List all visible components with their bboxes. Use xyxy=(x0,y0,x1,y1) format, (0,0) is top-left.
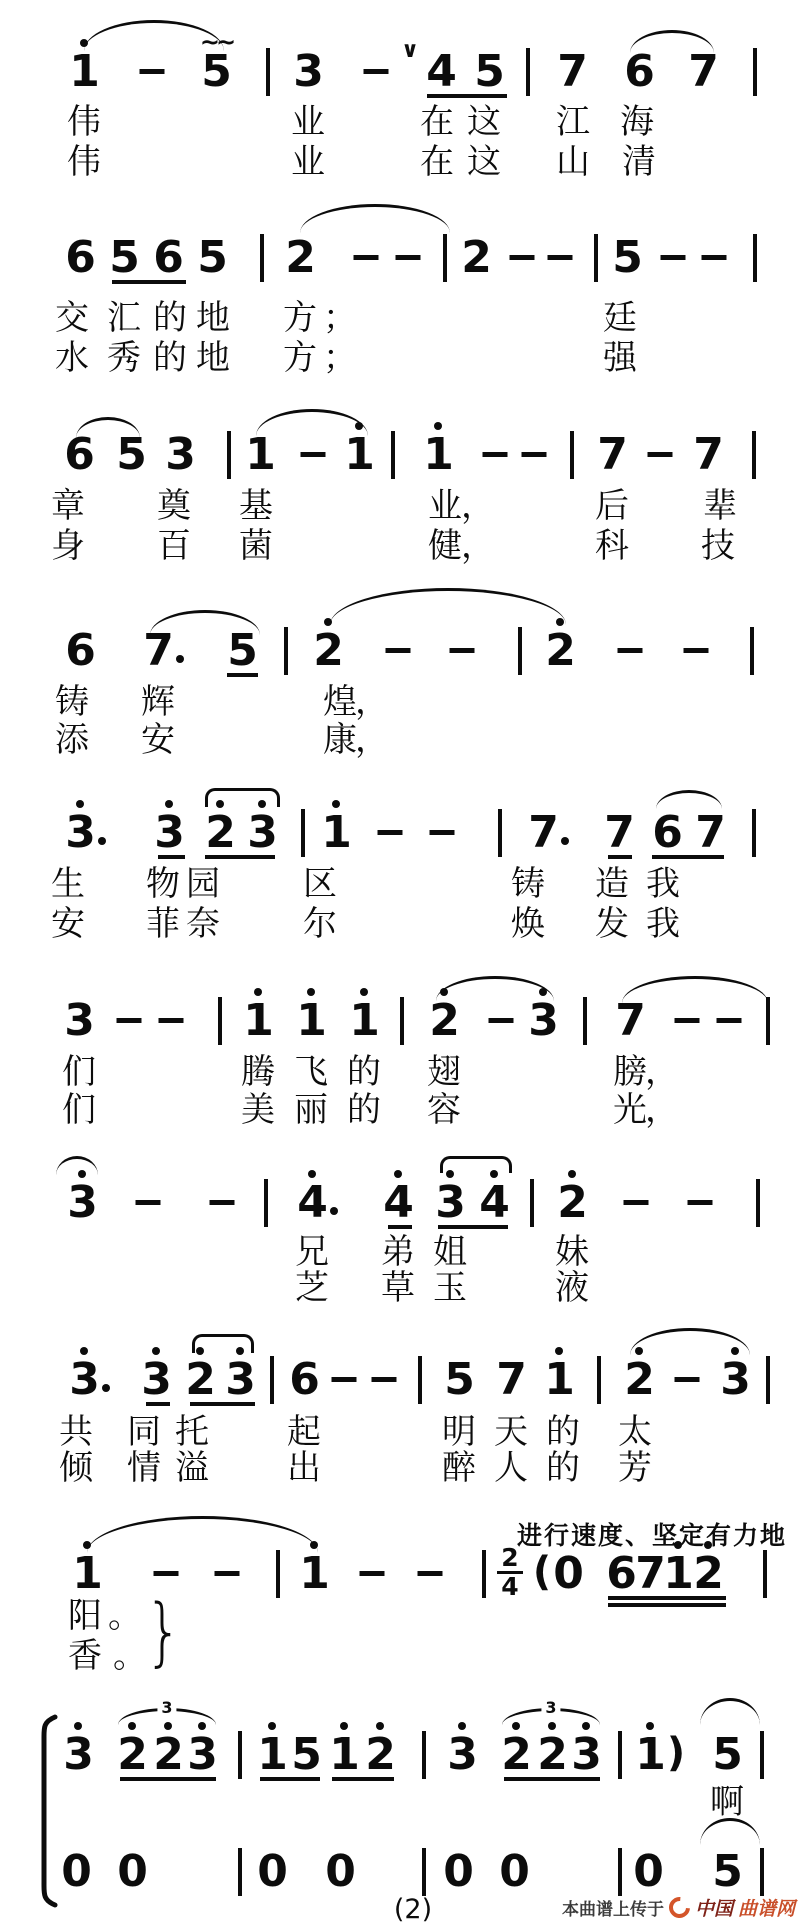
bar-line xyxy=(753,48,757,96)
lyric-char: 啊 xyxy=(710,1784,744,1820)
bar-line xyxy=(270,1356,274,1404)
lyric-char: 焕 xyxy=(511,906,545,942)
bar-line xyxy=(418,1356,422,1404)
duration-dash xyxy=(661,255,686,260)
lyric-char: 水 xyxy=(55,340,89,376)
bar-line xyxy=(264,1179,268,1227)
duration-dash xyxy=(648,452,673,457)
duration-dash xyxy=(210,1200,235,1205)
octave-dot xyxy=(568,1170,576,1178)
note-digit: 1 xyxy=(544,1360,574,1400)
lyric-char: 辉 xyxy=(141,684,175,720)
sheet-music-page: 进行速度、坚定有力地 } (2) 本曲谱上传于 中国 曲谱网 15~~3∨457… xyxy=(0,0,799,1927)
note-digit: 5 xyxy=(291,1735,321,1775)
lyric-char: 明 xyxy=(442,1414,476,1450)
octave-dot xyxy=(434,422,442,430)
octave-dot xyxy=(80,1347,88,1355)
augmentation-dot xyxy=(330,1207,338,1215)
lyric-char: 铸 xyxy=(511,866,545,902)
lyric-char: 这 xyxy=(467,144,501,180)
lyric-char: 奈 xyxy=(186,906,220,942)
augmentation-dot xyxy=(102,1384,110,1392)
octave-dot xyxy=(76,800,84,808)
lyric-char: 翅 xyxy=(427,1054,461,1090)
duration-dash xyxy=(301,452,326,457)
octave-dot xyxy=(555,1347,563,1355)
duration-dash xyxy=(702,255,727,260)
lyric-char: 方 xyxy=(283,300,317,336)
lyric-char: 山 xyxy=(556,144,590,180)
beam-line xyxy=(146,1402,170,1406)
slur-arc xyxy=(656,790,722,809)
duration-dash xyxy=(159,1018,184,1023)
note-digit: 5 xyxy=(227,631,257,671)
duration-dash xyxy=(548,255,573,260)
slur-arc xyxy=(630,30,714,53)
lyric-char: ， xyxy=(461,488,495,524)
note-digit: 1 xyxy=(243,1001,273,1041)
note-digit: 4 xyxy=(297,1183,327,1223)
note-digit: 7 xyxy=(528,813,558,853)
duration-dash xyxy=(354,255,379,260)
lyric-char: 芳 xyxy=(618,1450,652,1486)
note-digit: 3 xyxy=(528,1001,558,1041)
bar-line xyxy=(766,997,770,1045)
note-digit: 2 xyxy=(313,631,343,671)
lyric-char: 草 xyxy=(381,1270,415,1306)
duration-dash xyxy=(332,1377,357,1382)
bar-line xyxy=(766,1356,770,1404)
rest-digit: 0 xyxy=(553,1554,583,1594)
note-digit: 1 xyxy=(635,1735,665,1775)
bar-line xyxy=(266,48,270,96)
lyric-char: 玉 xyxy=(433,1270,467,1306)
note-digit: 1 xyxy=(321,813,351,853)
lyric-char: 的 xyxy=(153,300,187,336)
duration-dash xyxy=(430,830,455,835)
note-digit: 2 xyxy=(557,1183,587,1223)
lyric-char: 妹 xyxy=(555,1234,589,1270)
bar-line xyxy=(570,431,574,479)
bar-line xyxy=(763,1550,767,1598)
bar-line xyxy=(756,1179,760,1227)
lyric-char: 弟 xyxy=(381,1234,415,1270)
slur-arc xyxy=(87,1516,318,1553)
lyric-char: 天 xyxy=(494,1414,528,1450)
octave-dot xyxy=(307,988,315,996)
triplet-number: 3 xyxy=(157,1700,176,1716)
bar-line xyxy=(422,1731,426,1779)
note-digit: 6 xyxy=(153,238,183,278)
lyric-char: 地 xyxy=(196,340,230,376)
note-digit: 2 xyxy=(205,813,235,853)
lyric-char: 技 xyxy=(701,528,735,564)
lyric-char: 菲 xyxy=(146,906,180,942)
note-digit: 3 xyxy=(187,1735,217,1775)
beam-line xyxy=(190,1402,255,1406)
note-digit: 2 xyxy=(501,1735,531,1775)
duration-dash xyxy=(450,648,475,653)
note-digit: 5 xyxy=(474,52,504,92)
lyric-char: 奠 xyxy=(157,488,191,524)
rest-digit: 0 xyxy=(325,1852,355,1892)
rest-digit: 0 xyxy=(443,1852,473,1892)
note-digit: 5 xyxy=(197,238,227,278)
lyric-char: 安 xyxy=(51,906,85,942)
note-digit: 1 xyxy=(329,1735,359,1775)
augmentation-dot xyxy=(98,837,106,845)
site-logo-icon xyxy=(665,1893,695,1923)
lyric-char: 发 xyxy=(595,906,629,942)
watermark: 本曲谱上传于 中国 曲谱网 xyxy=(562,1894,795,1921)
note-digit: 1 xyxy=(663,1554,693,1594)
duration-dash xyxy=(215,1571,240,1576)
lyric-char: 共 xyxy=(59,1414,93,1450)
note-digit: 1 xyxy=(349,1001,379,1041)
note-digit: 3 xyxy=(247,813,277,853)
note-digit: 7 xyxy=(604,813,634,853)
lyric-char: 兄 xyxy=(295,1234,329,1270)
lyric-char: 业 xyxy=(291,144,325,180)
duration-dash xyxy=(117,1018,142,1023)
lyric-char: 姐 xyxy=(433,1234,467,1270)
lyric-char: 业 xyxy=(291,104,325,140)
note-digit: 1 xyxy=(423,435,453,475)
lyric-char: 液 xyxy=(555,1270,589,1306)
lyric-char: 这 xyxy=(467,104,501,140)
duration-dash xyxy=(489,1018,514,1023)
lyric-char: 造 xyxy=(595,866,629,902)
bar-line xyxy=(238,1848,242,1896)
duration-dash xyxy=(684,648,709,653)
duration-dash xyxy=(675,1377,700,1382)
duration-dash xyxy=(372,1377,397,1382)
octave-dot xyxy=(74,1722,82,1730)
duration-dash xyxy=(364,69,389,74)
tempo-marking: 进行速度、坚定有力地 xyxy=(517,1516,787,1552)
beam-line xyxy=(504,1777,600,1781)
note-digit: 3 xyxy=(65,813,95,853)
lyric-char: 美 xyxy=(241,1092,275,1128)
lyric-char: 芝 xyxy=(295,1270,329,1306)
note-digit: 1 xyxy=(245,435,275,475)
bar-line xyxy=(276,1550,280,1598)
slur-arc xyxy=(84,20,224,51)
beam-line xyxy=(227,673,258,677)
lyric-char: 太 xyxy=(618,1414,652,1450)
bar-line xyxy=(518,627,522,675)
slur-arc xyxy=(205,788,280,807)
note-digit: 2 xyxy=(117,1735,147,1775)
bar-line xyxy=(443,234,447,282)
lyric-char: 后 xyxy=(595,488,629,524)
bar-line xyxy=(760,1848,764,1896)
octave-dot xyxy=(376,1722,384,1730)
beam-line xyxy=(332,1777,394,1781)
octave-dot xyxy=(360,988,368,996)
lyric-char: ， xyxy=(355,722,389,758)
note-digit: 1 xyxy=(344,435,374,475)
lyric-char: 在 xyxy=(420,104,454,140)
lyric-char: 菌 xyxy=(239,528,273,564)
augmentation-dot xyxy=(561,837,569,845)
note-digit: 3 xyxy=(225,1360,255,1400)
lyric-char: 我 xyxy=(646,866,680,902)
lyric-char: 科 xyxy=(595,528,629,564)
bar-line xyxy=(284,627,288,675)
note-digit: 7 xyxy=(496,1360,526,1400)
lyric-char: 的 xyxy=(546,1450,580,1486)
slur-arc xyxy=(192,1334,254,1353)
note-digit: 6 xyxy=(652,813,682,853)
duration-dash xyxy=(675,1018,700,1023)
note-digit: 7 xyxy=(693,435,723,475)
bar-line xyxy=(391,431,395,479)
lyric-char: ， xyxy=(645,1054,679,1090)
note-digit: 2 xyxy=(537,1735,567,1775)
beam-line xyxy=(388,1225,412,1229)
lyric-char: 起 xyxy=(287,1414,321,1450)
slur-arc xyxy=(436,976,554,1001)
lyric-char: 汇 xyxy=(107,300,141,336)
octave-dot xyxy=(646,1722,654,1730)
octave-dot xyxy=(308,1170,316,1178)
lyric-char: 托 xyxy=(175,1414,209,1450)
note-digit: 3 xyxy=(435,1183,465,1223)
duration-dash xyxy=(418,1571,443,1576)
duration-dash xyxy=(483,452,508,457)
lyric-char: 光 xyxy=(613,1092,647,1128)
beam-line xyxy=(608,855,632,859)
note-digit: 4 xyxy=(479,1183,509,1223)
note-digit: 4 xyxy=(383,1183,413,1223)
note-digit: 4 xyxy=(426,52,456,92)
note-digit: 2 xyxy=(545,631,575,671)
lyric-char: 伟 xyxy=(67,104,101,140)
note-digit: 2 xyxy=(285,238,315,278)
note-digit: 3 xyxy=(165,435,195,475)
note-digit: 7 xyxy=(597,435,627,475)
note-digit: 5 xyxy=(201,52,231,92)
duration-dash xyxy=(522,452,547,457)
lyric-char: 安 xyxy=(141,722,175,758)
parenthesis: ) xyxy=(667,1731,685,1775)
lyric-char: 方 xyxy=(283,340,317,376)
triplet-number: 3 xyxy=(541,1700,560,1716)
lyric-char: 区 xyxy=(303,866,337,902)
note-digit: 7 xyxy=(688,52,718,92)
lyric-char: 健 xyxy=(428,528,462,564)
bar-line xyxy=(482,1550,486,1598)
lyric-char: ； xyxy=(323,340,357,376)
bar-line xyxy=(400,997,404,1045)
bar-line xyxy=(752,431,756,479)
lyrics-brace: } xyxy=(145,1592,183,1672)
note-digit: 7 xyxy=(695,813,725,853)
duration-dash xyxy=(510,255,535,260)
beam-line xyxy=(608,1596,726,1600)
slur-arc xyxy=(700,1698,760,1725)
slur-arc xyxy=(622,976,768,1003)
rest-digit: 0 xyxy=(499,1852,529,1892)
note-digit: 6 xyxy=(606,1554,636,1594)
lyric-char: 腾 xyxy=(241,1054,275,1090)
note-digit: 2 xyxy=(624,1360,654,1400)
bar-line xyxy=(618,1848,622,1896)
lyric-char: 交 xyxy=(55,300,89,336)
bar-line xyxy=(238,1731,242,1779)
lyric-char: 园 xyxy=(186,866,220,902)
lyric-char: 尔 xyxy=(303,906,337,942)
note-digit: 6 xyxy=(65,238,95,278)
site-name-light: 曲谱网 xyxy=(738,1894,795,1921)
rest-digit: 0 xyxy=(61,1852,91,1892)
augmentation-dot xyxy=(176,655,184,663)
lyric-char: 添 xyxy=(55,722,89,758)
duration-dash xyxy=(717,1018,742,1023)
bar-line xyxy=(301,809,305,857)
note-digit: 1 xyxy=(69,52,99,92)
slur-arc xyxy=(330,588,566,625)
duration-dash xyxy=(688,1200,713,1205)
time-signature: 24 xyxy=(497,1546,523,1599)
lyric-char: 香 xyxy=(68,1638,102,1674)
bar-line xyxy=(752,809,756,857)
lyric-char: 们 xyxy=(62,1092,96,1128)
lyric-char: 容 xyxy=(427,1092,461,1128)
slur-arc xyxy=(256,409,368,436)
note-digit: 7 xyxy=(635,1554,665,1594)
note-digit: 3 xyxy=(67,1183,97,1223)
lyric-char: 膀 xyxy=(613,1054,647,1090)
duration-dash xyxy=(360,1571,385,1576)
bar-line xyxy=(530,1179,534,1227)
lyric-char: 倾 xyxy=(59,1450,93,1486)
octave-dot xyxy=(254,988,262,996)
rest-digit: 0 xyxy=(117,1852,147,1892)
lyric-char: 基 xyxy=(239,488,273,524)
octave-dot xyxy=(458,1722,466,1730)
duration-dash xyxy=(154,1571,179,1576)
bar-line xyxy=(760,1731,764,1779)
note-digit: 1 xyxy=(257,1735,287,1775)
note-digit: 5 xyxy=(612,238,642,278)
site-name-bold: 中国 xyxy=(695,1894,733,1921)
parenthesis: ( xyxy=(533,1550,551,1594)
lyric-char: 江 xyxy=(556,104,590,140)
lyric-char: 阳 xyxy=(68,1598,102,1634)
slur-arc xyxy=(700,1818,760,1845)
note-digit: 3 xyxy=(571,1735,601,1775)
octave-dot xyxy=(268,1722,276,1730)
note-digit: 6 xyxy=(64,435,94,475)
lyric-char: 煌 xyxy=(323,684,357,720)
lyric-char: ； xyxy=(323,300,357,336)
lyric-char: 廷 xyxy=(603,300,637,336)
octave-dot xyxy=(165,800,173,808)
octave-dot xyxy=(152,1347,160,1355)
note-digit: 5 xyxy=(116,435,146,475)
page-number: (2) xyxy=(394,1894,432,1925)
octave-dot xyxy=(394,1170,402,1178)
note-digit: 5 xyxy=(712,1852,742,1892)
octave-dot xyxy=(332,800,340,808)
lyric-char: 伟 xyxy=(67,144,101,180)
lyric-char: ， xyxy=(645,1092,679,1128)
note-digit: 2 xyxy=(185,1360,215,1400)
beam-line xyxy=(120,1777,216,1781)
note-digit: 3 xyxy=(447,1735,477,1775)
lyric-char: 溢 xyxy=(175,1450,209,1486)
bar-line xyxy=(618,1731,622,1779)
note-digit: 5 xyxy=(109,238,139,278)
lyric-char: 醉 xyxy=(442,1450,476,1486)
slur-arc xyxy=(76,417,140,438)
note-digit: 6 xyxy=(65,631,95,671)
note-digit: 1 xyxy=(299,1554,329,1594)
bar-line xyxy=(583,997,587,1045)
note-digit: 3 xyxy=(64,1001,94,1041)
bar-line xyxy=(260,234,264,282)
note-digit: 6 xyxy=(624,52,654,92)
note-digit: 2 xyxy=(461,238,491,278)
rest-digit: 0 xyxy=(633,1852,663,1892)
lyric-char: 地 xyxy=(196,300,230,336)
slur-arc xyxy=(300,204,450,233)
lyric-char: 我 xyxy=(646,906,680,942)
slur-arc xyxy=(56,1156,98,1175)
duration-dash xyxy=(618,648,643,653)
lyric-char: 生 xyxy=(51,866,85,902)
note-digit: 2 xyxy=(153,1735,183,1775)
beam-line xyxy=(158,855,185,859)
lyric-char: ， xyxy=(461,528,495,564)
duration-dash xyxy=(624,1200,649,1205)
note-digit: 1 xyxy=(72,1554,102,1594)
lyric-char: 出 xyxy=(287,1450,321,1486)
lyric-char: 同 xyxy=(127,1414,161,1450)
bar-line xyxy=(753,234,757,282)
note-digit: 3 xyxy=(141,1360,171,1400)
duration-dash xyxy=(140,69,165,74)
note-digit: 1 xyxy=(296,1001,326,1041)
time-signature-part: 4 xyxy=(501,1575,518,1599)
lyric-char: ， xyxy=(355,684,389,720)
slur-arc xyxy=(150,610,260,635)
note-digit: 2 xyxy=(429,1001,459,1041)
lyric-char: 飞 xyxy=(294,1054,328,1090)
lyric-char: 。 xyxy=(113,1638,147,1674)
bar-line xyxy=(750,627,754,675)
octave-dot xyxy=(704,1541,712,1549)
lyric-char: 人 xyxy=(494,1450,528,1486)
lyric-char: 们 xyxy=(62,1054,96,1090)
note-digit: 6 xyxy=(289,1360,319,1400)
duration-dash xyxy=(386,648,411,653)
bar-line xyxy=(422,1848,426,1896)
note-digit: 2 xyxy=(693,1554,723,1594)
lyric-char: 情 xyxy=(127,1450,161,1486)
bar-line xyxy=(597,1356,601,1404)
lyric-char: 海 xyxy=(620,104,654,140)
lyric-char: 强 xyxy=(603,340,637,376)
lyric-char: 百 xyxy=(157,528,191,564)
beam-line xyxy=(260,1777,320,1781)
bar-line xyxy=(526,48,530,96)
slur-arc xyxy=(630,1328,750,1355)
lyric-char: 业 xyxy=(428,488,462,524)
note-digit: 5 xyxy=(712,1735,742,1775)
